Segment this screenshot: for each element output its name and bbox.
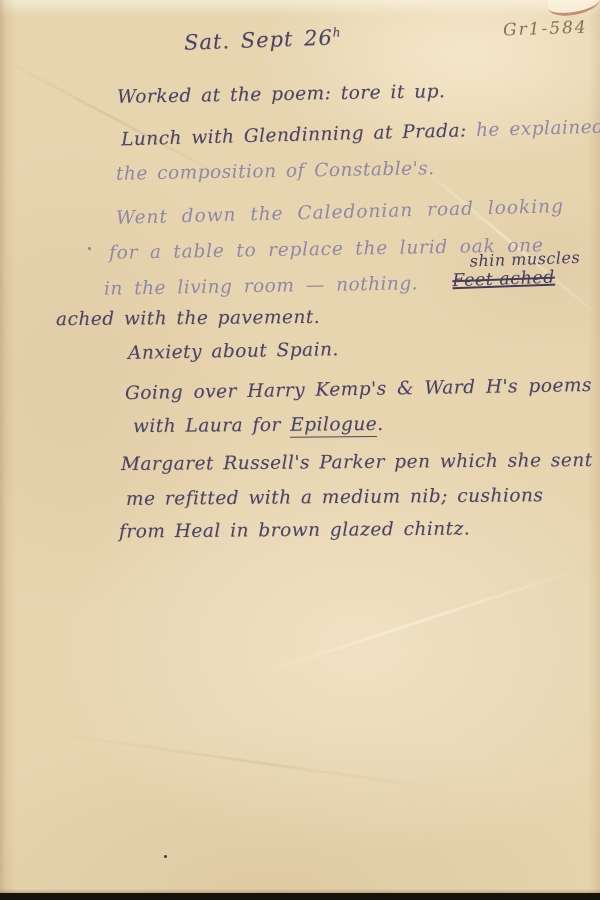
diary-line: me refitted with a medium nib; cushions [126, 485, 544, 510]
diary-line: Went down the Caledonian road looking [116, 196, 564, 229]
date-heading: Sat. Sept 26h [184, 25, 342, 54]
diary-line: Anxiety about Spain. [128, 339, 339, 364]
diary-line-faded-part: he explained [476, 117, 600, 141]
diary-page: Gr1-584 Sat. Sept 26h Worked at the poem… [0, 0, 600, 900]
diary-line: in the living room — nothing. [104, 273, 418, 299]
diary-line: Worked at the poem: tore it up. [117, 81, 446, 108]
ink-speck [164, 855, 167, 858]
diary-line: ached with the pavement. [56, 307, 320, 330]
diary-line-text: with Laura for [133, 415, 290, 437]
paper-crease [258, 568, 582, 676]
correction-block: shin muscles Feet ached [451, 248, 581, 291]
underlined-word: Epilogue [290, 414, 377, 438]
date-superscript: h [332, 25, 341, 39]
diary-line: Margaret Russell's Parker pen which she … [121, 450, 593, 475]
date-text: Sat. Sept 26 [184, 26, 334, 55]
diary-line: with Laura for Epilogue. [133, 414, 384, 437]
archive-reference: Gr1-584 [503, 18, 588, 41]
paper-crease [42, 731, 458, 792]
corner-fold-mark [547, 0, 600, 18]
diary-line: from Heal in brown glazed chintz. [119, 518, 470, 542]
diary-line: the composition of Constable's. [116, 158, 435, 185]
diary-line: Going over Harry Kemp's & Ward H's poems [125, 375, 592, 404]
insertion-text: shin muscles [469, 248, 580, 271]
diary-line-dark-part: Lunch with Glendinning at Prada: [121, 120, 477, 150]
ink-speck [88, 247, 91, 250]
strikethrough-text: Feet ached [452, 267, 581, 291]
diary-line-text: . [377, 414, 384, 435]
diary-line: Lunch with Glendinning at Prada: he expl… [121, 117, 600, 151]
scan-edge [0, 893, 600, 900]
